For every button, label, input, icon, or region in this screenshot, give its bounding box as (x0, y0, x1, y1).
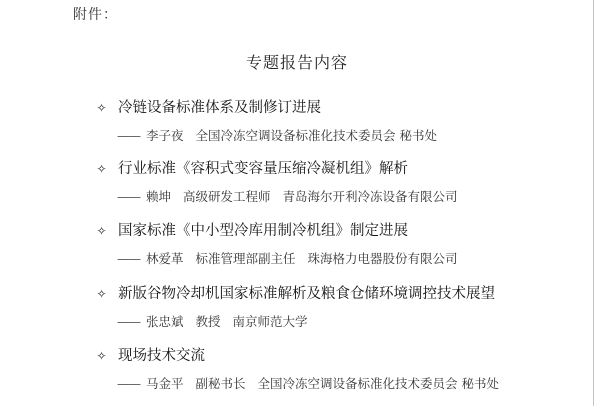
em-dash: —— (117, 314, 140, 329)
topic-speaker: —— 赖坤 高级研发工程师 青岛海尔开利冷冻设备有限公司 (117, 187, 458, 205)
speaker-role: 标准管理部副主任 (196, 249, 296, 267)
topic-item: ✧ 国家标准《中小型冷库用制冷机组》制定进展 —— 林爱革 标准管理部副主任 珠… (95, 221, 458, 267)
topic-title: 新版谷物冷却机国家标准解析及粮食仓储环境调控技术展望 (118, 284, 495, 304)
topic-item: ✧ 行业标准《容积式变容量压缩冷凝机组》解析 —— 赖坤 高级研发工程师 青岛海… (95, 159, 458, 205)
speaker-org: 珠海格力电器股份有限公司 (308, 249, 458, 267)
page-title: 专题报告内容 (0, 50, 594, 73)
topic-title: 国家标准《中小型冷库用制冷机组》制定进展 (118, 221, 408, 241)
topic-title: 冷链设备标准体系及制修订进展 (118, 98, 321, 118)
attachment-label: 附件： (73, 4, 118, 24)
diamond-bullet-icon: ✧ (95, 159, 108, 179)
topic-speaker: —— 马金平 副秘书长 全国冷冻空调设备标准化技术委员会 秘书处 (117, 374, 499, 392)
speaker-org: 全国冷冻空调设备标准化技术委员会 秘书处 (196, 126, 437, 144)
topic-title: 现场技术交流 (118, 346, 205, 366)
speaker-name: 赖坤 (146, 187, 171, 205)
speaker-org: 南京师范大学 (233, 312, 308, 330)
topic-item: ✧ 新版谷物冷却机国家标准解析及粮食仓储环境调控技术展望 —— 张忠斌 教授 南… (95, 284, 495, 330)
em-dash: —— (117, 189, 140, 204)
topic-title: 行业标准《容积式变容量压缩冷凝机组》解析 (118, 159, 408, 179)
diamond-bullet-icon: ✧ (95, 346, 108, 366)
speaker-role: 高级研发工程师 (183, 187, 271, 205)
speaker-role: 教授 (196, 312, 221, 330)
em-dash: —— (117, 128, 140, 143)
speaker-name: 张忠斌 (146, 312, 184, 330)
topic-speaker: —— 张忠斌 教授 南京师范大学 (117, 312, 495, 330)
em-dash: —— (117, 251, 140, 266)
topic-item: ✧ 冷链设备标准体系及制修订进展 —— 李子夜 全国冷冻空调设备标准化技术委员会… (95, 98, 437, 144)
document-page: 附件： 专题报告内容 ✧ 冷链设备标准体系及制修订进展 —— 李子夜 全国冷冻空… (0, 0, 594, 406)
topic-speaker: —— 林爱革 标准管理部副主任 珠海格力电器股份有限公司 (117, 249, 458, 267)
speaker-name: 林爱革 (146, 249, 184, 267)
em-dash: —— (117, 376, 140, 391)
topic-item: ✧ 现场技术交流 —— 马金平 副秘书长 全国冷冻空调设备标准化技术委员会 秘书… (95, 346, 499, 392)
diamond-bullet-icon: ✧ (95, 284, 108, 304)
diamond-bullet-icon: ✧ (95, 98, 108, 118)
speaker-role: 副秘书长 (196, 374, 246, 392)
speaker-org: 青岛海尔开利冷冻设备有限公司 (283, 187, 458, 205)
speaker-name: 李子夜 (146, 126, 184, 144)
topic-speaker: —— 李子夜 全国冷冻空调设备标准化技术委员会 秘书处 (117, 126, 437, 144)
speaker-org: 全国冷冻空调设备标准化技术委员会 秘书处 (258, 374, 499, 392)
speaker-name: 马金平 (146, 374, 184, 392)
diamond-bullet-icon: ✧ (95, 221, 108, 241)
